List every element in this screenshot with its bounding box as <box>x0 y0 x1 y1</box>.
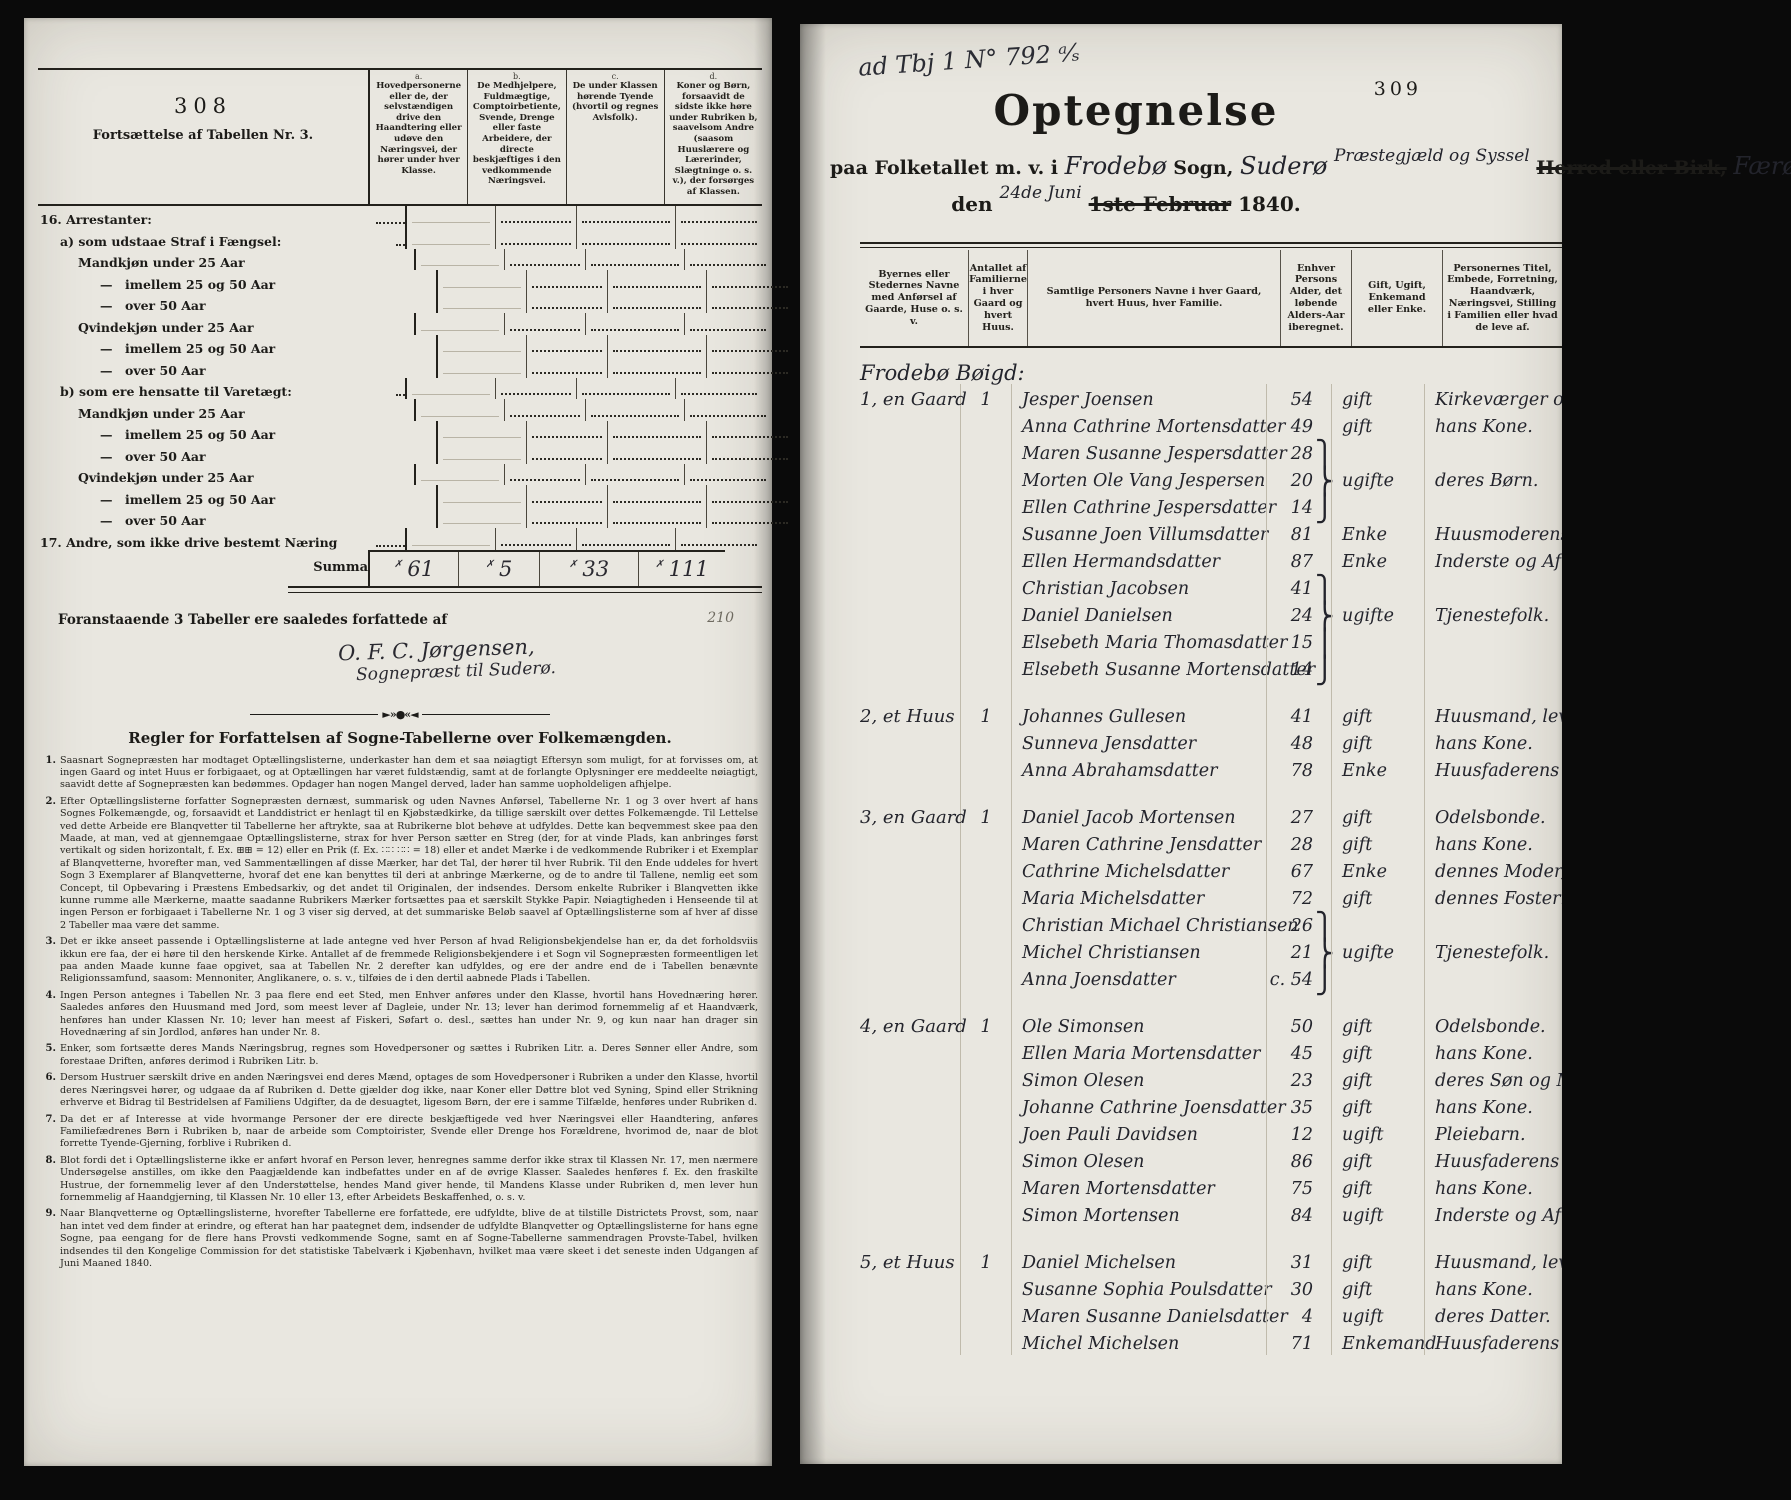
brace-glyph: ⎫ <box>1315 438 1331 465</box>
cell-family-count <box>960 782 1011 802</box>
cell-age: 75 <box>1266 1173 1315 1200</box>
cell-age: 35 <box>1266 1092 1315 1119</box>
cell-b <box>495 528 576 550</box>
cell-family-count <box>960 1274 1011 1301</box>
cell-age: 20 <box>1266 465 1315 492</box>
cell-person-name: Ellen Cathrine Jespersdatter <box>1011 492 1266 519</box>
table-row: Qvindekjøn under 25 Aar <box>38 313 762 335</box>
census-row: Susanne Sophia Poulsdatter 30 gift hans … <box>860 1274 1562 1301</box>
cell-c <box>607 507 706 529</box>
rule-text: Enker, som fortsætte deres Mands Nærings… <box>60 1043 758 1068</box>
cell-age <box>1266 681 1315 701</box>
cell-person-name: Maren Susanne Danielsdatter <box>1011 1301 1266 1328</box>
cell-c <box>607 421 706 443</box>
table-row: b) som ere hensatte til Varetægt: <box>38 378 762 400</box>
cell-occupation: hans Kone. <box>1424 728 1562 755</box>
rules-heading: Regler for Forfattelsen af Sogne-Tabelle… <box>38 729 762 747</box>
cell-d <box>706 292 793 314</box>
cell-occupation: hans Kone. <box>1424 1173 1562 1200</box>
left-col-letter-c: c. <box>570 72 661 81</box>
cell-marital-status: Enke <box>1331 546 1424 573</box>
cell-family-count <box>960 1146 1011 1173</box>
cell-a <box>407 378 495 400</box>
attestation-text: Foranstaaende 3 Tabeller ere saaledes fo… <box>38 612 762 628</box>
cell-age: 30 <box>1266 1274 1315 1301</box>
cell-person-name: Maren Cathrine Jensdatter <box>1011 829 1266 856</box>
left-table-rows: 16. Arrestanter: a) som udstaae Stra <box>38 204 762 550</box>
table-top-double-rule <box>860 242 1562 248</box>
cell-marital-status: gift <box>1331 883 1424 910</box>
cell-marital-status: ugift <box>1331 1301 1424 1328</box>
cell-d <box>706 335 793 357</box>
cell-family-count <box>960 964 1011 991</box>
left-col-header-d: d. Koner og Børn, forsaavidt de sidste i… <box>664 70 762 204</box>
cell-a <box>416 249 504 271</box>
census-row <box>860 991 1562 1011</box>
cell-occupation: deres Børn. <box>1424 465 1562 492</box>
table-row: — over 50 Aar <box>38 442 762 464</box>
row-label: — imellem 25 og 50 Aar <box>38 492 430 507</box>
table-row: Mandkjøn under 25 Aar <box>38 249 762 271</box>
cell-family-count: 1 <box>960 1011 1011 1038</box>
left-col-text-d: Koner og Børn, forsaavidt de sidste ikke… <box>668 81 759 198</box>
cell-person-name: Michel Christiansen <box>1011 937 1266 964</box>
row-cells <box>414 399 771 421</box>
cell-age <box>1266 991 1315 1011</box>
cell-age: 15 <box>1266 627 1315 654</box>
cell-age <box>1266 782 1315 802</box>
cell-place <box>860 964 960 991</box>
census-row: Maren Susanne Danielsdatter 4 ugift dere… <box>860 1301 1562 1328</box>
cell-a <box>407 528 495 550</box>
brace-glyph: ⎭ <box>1315 964 1331 991</box>
brace-glyph <box>1315 755 1331 782</box>
rule-item: 1. Saasnart Sognepræsten har modtaget Op… <box>38 755 758 792</box>
cell-family-count <box>960 1092 1011 1119</box>
cell-occupation: Odelsbonde. <box>1424 1011 1562 1038</box>
census-row: Anna Cathrine Mortensdatter 49 gift hans… <box>860 411 1562 438</box>
rule-text: Saasnart Sognepræsten har modtaget Optæl… <box>60 755 758 792</box>
brace-glyph <box>1315 829 1331 856</box>
row-cells <box>436 485 793 507</box>
left-col-header-a: a. Hovedpersonerne eller de, der selvstæ… <box>370 70 467 204</box>
cell-place <box>860 411 960 438</box>
rule-number: 3. <box>38 936 60 986</box>
cell-age: 14 <box>1266 492 1315 519</box>
census-row: Sunneva Jensdatter 48 gift hans Kone. <box>860 728 1562 755</box>
brace-glyph <box>1315 1092 1331 1119</box>
row-cells <box>436 356 793 378</box>
cell-person-name: Simon Mortensen <box>1011 1200 1266 1227</box>
cell-marital-status: gift <box>1331 1247 1424 1274</box>
rule-number: 7. <box>38 1114 60 1151</box>
cell-place <box>860 438 960 465</box>
cell-occupation: Inderste og Aftægtsmand. <box>1424 1200 1562 1227</box>
cell-marital-status: gift <box>1331 1011 1424 1038</box>
brace-glyph <box>1315 1247 1331 1274</box>
struck-date: 1ste Februar <box>1089 192 1232 216</box>
cell-marital-status <box>1331 910 1424 937</box>
cell-person-name: Daniel Danielsen <box>1011 600 1266 627</box>
dotted-leader <box>376 545 405 547</box>
cell-person-name <box>1011 991 1266 1011</box>
cell-family-count <box>960 1065 1011 1092</box>
date-year: 1840. <box>1238 192 1301 216</box>
cell-family-count: 1 <box>960 1247 1011 1274</box>
rule-number: 4. <box>38 990 60 1040</box>
cell-place: Frodebø Bøigd: <box>860 348 960 384</box>
cell-c <box>585 249 684 271</box>
cell-b <box>495 227 576 249</box>
cell-marital-status: ugifte <box>1331 465 1424 492</box>
row-label: Mandkjøn under 25 Aar <box>38 255 408 270</box>
cell-family-count <box>960 627 1011 654</box>
cell-family-count <box>960 411 1011 438</box>
cell-family-count <box>960 1173 1011 1200</box>
cell-person-name: Elsebeth Maria Thomasdatter <box>1011 627 1266 654</box>
cell-d <box>706 270 793 292</box>
brace-glyph <box>1315 1200 1331 1227</box>
census-row: Simon Olesen 86 gift Huusfaderens Fader,… <box>860 1146 1562 1173</box>
cell-place <box>860 1092 960 1119</box>
amt-name-handwritten: Færø <box>1733 152 1791 180</box>
cell-family-count: 1 <box>960 384 1011 411</box>
rule-number: 8. <box>38 1155 60 1205</box>
cell-occupation: Huusfaderens Fader, Aftægtsmand. <box>1424 1328 1562 1355</box>
document-title: Optegnelse <box>800 86 1472 135</box>
rule-number: 5. <box>38 1043 60 1068</box>
cell-age: 54 <box>1266 384 1315 411</box>
cell-person-name <box>1011 782 1266 802</box>
cell-family-count <box>960 1227 1011 1247</box>
cell-marital-status: gift <box>1331 701 1424 728</box>
cell-marital-status: gift <box>1331 384 1424 411</box>
rule-item: 6. Dersom Hustruer særskilt drive en and… <box>38 1072 758 1109</box>
cell-marital-status: ugifte <box>1331 600 1424 627</box>
cell-c <box>576 206 675 228</box>
cell-occupation: hans Kone. <box>1424 1274 1562 1301</box>
rule-text: Dersom Hustruer særskilt drive en anden … <box>60 1072 758 1109</box>
row-label: — over 50 Aar <box>38 298 430 313</box>
census-row: Ellen Hermandsdatter 87 Enke Inderste og… <box>860 546 1562 573</box>
cell-marital-status: gift <box>1331 802 1424 829</box>
cell-d <box>706 421 793 443</box>
cell-family-count <box>960 1038 1011 1065</box>
cell-occupation: hans Kone. <box>1424 411 1562 438</box>
cell-family-count <box>960 883 1011 910</box>
cell-person-name: Ellen Hermandsdatter <box>1011 546 1266 573</box>
rule-number: 2. <box>38 796 60 932</box>
cell-person-name: Christian Michael Christiansen <box>1011 910 1266 937</box>
check-mark-icon: ✗ <box>655 559 663 570</box>
table-row: a) som udstaae Straf i Fængsel: <box>38 227 762 249</box>
cell-occupation: hans Kone. <box>1424 1038 1562 1065</box>
dotted-leader <box>376 222 405 224</box>
brace-glyph <box>1315 1227 1331 1247</box>
cell-d <box>684 313 771 335</box>
cell-family-count <box>960 654 1011 681</box>
row-label: — over 50 Aar <box>38 363 430 378</box>
census-row: Michel Michelsen 71 Enkemand Huusfaderen… <box>860 1328 1562 1355</box>
divider-line-left <box>250 714 378 715</box>
brace-glyph <box>1315 728 1331 755</box>
cell-occupation: hans Kone. <box>1424 1092 1562 1119</box>
cell-place: 3, en Gaard <box>860 802 960 829</box>
left-col-text-c: De under Klassen hørende Tyende (hvortil… <box>570 81 661 123</box>
table-row: — imellem 25 og 50 Aar <box>38 335 762 357</box>
summa-value-b: ✗5 <box>458 552 539 586</box>
brace-glyph: ⎫ <box>1315 573 1331 600</box>
cell-place <box>860 829 960 856</box>
cell-marital-status <box>1331 654 1424 681</box>
census-row: Ellen Cathrine Jespersdatter 14 ⎭ <box>860 492 1562 519</box>
cell-age: 41 <box>1266 701 1315 728</box>
left-page: 308 Fortsættelse af Tabellen Nr. 3. a. H… <box>24 18 772 1466</box>
row-cells <box>405 528 762 550</box>
cell-marital-status <box>1328 348 1420 384</box>
cell-a <box>438 292 526 314</box>
census-row: Susanne Joen Villumsdatter 81 Enke Huusm… <box>860 519 1562 546</box>
cell-place <box>860 546 960 573</box>
brace-glyph <box>1315 1038 1331 1065</box>
table-row: — over 50 Aar <box>38 507 762 529</box>
cell-age: 45 <box>1266 1038 1315 1065</box>
brace-glyph: ⎭ <box>1315 492 1331 519</box>
brace-glyph <box>1315 519 1331 546</box>
cell-place <box>860 856 960 883</box>
rule-item: 4. Ingen Person antegnes i Tabellen Nr. … <box>38 990 758 1040</box>
census-row: Simon Mortensen 84 ugift Inderste og Aft… <box>860 1200 1562 1227</box>
cell-person-name: Elsebeth Susanne Mortensdatter <box>1011 654 1266 681</box>
cell-occupation <box>1424 782 1562 802</box>
cell-occupation: Pleiebarn. <box>1424 1119 1562 1146</box>
cell-occupation: Huusmand, lever af sin Jordlod. <box>1424 701 1562 728</box>
left-col-text-b: De Medhjelpere, Fuldmægtige, Comptoirbet… <box>471 81 562 187</box>
cell-family-count <box>960 1301 1011 1328</box>
row-label: 16. Arrestanter: <box>38 212 370 227</box>
cell-age: 12 <box>1266 1119 1315 1146</box>
left-col-text-a: Hovedpersonerne eller de, der selvstændi… <box>373 81 464 176</box>
dateline: den 24de Juni 1ste Februar 1840. <box>800 192 1452 216</box>
rule-text: Det er ikke anseet passende i Optællings… <box>60 936 758 986</box>
cell-occupation: Huusmand, lever af sin Jordlod. <box>1424 1247 1562 1274</box>
brace-glyph <box>1315 1173 1331 1200</box>
summa-a: 61 <box>407 557 434 581</box>
census-row: 4, en Gaard 1 Ole Simonsen 50 gift Odels… <box>860 1011 1562 1038</box>
cell-person-name: Johanne Cathrine Joensdatter <box>1011 1092 1266 1119</box>
cell-occupation: Tjenestefolk. <box>1424 937 1562 964</box>
cell-family-count <box>960 755 1011 782</box>
cell-place <box>860 883 960 910</box>
cell-age: 50 <box>1266 1011 1315 1038</box>
cell-family-count <box>960 1119 1011 1146</box>
cell-marital-status <box>1331 438 1424 465</box>
cell-age: 41 <box>1266 573 1315 600</box>
cell-place <box>860 728 960 755</box>
left-col-header-b: b. De Medhjelpere, Fuldmægtige, Comptoir… <box>467 70 565 204</box>
cell-person-name: Susanne Sophia Poulsdatter <box>1011 1274 1266 1301</box>
cell-occupation <box>1420 348 1562 384</box>
cell-person-name: Joen Pauli Davidsen <box>1011 1119 1266 1146</box>
cell-place <box>860 782 960 802</box>
cell-c <box>576 378 675 400</box>
row-cells <box>405 206 762 228</box>
census-row: Cathrine Michelsdatter 67 Enke dennes Mo… <box>860 856 1562 883</box>
cell-person-name: Morten Ole Vang Jespersen <box>1011 465 1266 492</box>
cell-marital-status: Enke <box>1331 755 1424 782</box>
brace-glyph: ⎬ <box>1315 600 1331 627</box>
cell-marital-status: gift <box>1331 829 1424 856</box>
cell-a <box>416 399 504 421</box>
cell-b <box>526 335 607 357</box>
cell-person-name: Sunneva Jensdatter <box>1011 728 1266 755</box>
document-subtitle: paa Folketallet m. v. i Frodebø Sogn, Su… <box>830 152 1562 180</box>
cell-marital-status: gift <box>1331 1173 1424 1200</box>
row-cells <box>414 464 771 486</box>
journal-annotation: ad Tbj 1 N° 792 ᵃ⁄ₛ <box>857 38 1080 81</box>
row-cells <box>436 335 793 357</box>
divider-arrows-icon: ►»●«◄ <box>378 708 421 721</box>
left-col-letter-d: d. <box>668 72 759 81</box>
cell-a <box>438 421 526 443</box>
cell-place <box>860 519 960 546</box>
brace-glyph <box>1315 856 1331 883</box>
census-row <box>860 1227 1562 1247</box>
row-label: — imellem 25 og 50 Aar <box>38 427 430 442</box>
row-label: 17. Andre, som ikke drive bestemt Næring <box>38 535 370 550</box>
cell-occupation <box>1424 492 1562 519</box>
check-mark-icon: ✗ <box>486 559 494 570</box>
cell-place <box>860 991 960 1011</box>
cell-family-count <box>960 438 1011 465</box>
cell-age <box>1264 348 1312 384</box>
dotted-leader <box>396 244 405 246</box>
cell-place <box>860 1301 960 1328</box>
rule-text: Blot fordi det i Optællingslisterne ikke… <box>60 1155 758 1205</box>
cell-a <box>438 507 526 529</box>
cell-marital-status: gift <box>1331 1038 1424 1065</box>
row-label: — over 50 Aar <box>38 513 430 528</box>
row-cells <box>436 421 793 443</box>
struck-herred-birk: Herred eller Birk, <box>1536 157 1726 179</box>
cell-d <box>706 442 793 464</box>
cell-marital-status <box>1331 681 1424 701</box>
row-cells <box>405 378 762 400</box>
cell-marital-status <box>1331 991 1424 1011</box>
cell-person-name: Maria Michelsdatter <box>1011 883 1266 910</box>
cell-place <box>860 1119 960 1146</box>
cell-place <box>860 1274 960 1301</box>
cell-c <box>607 270 706 292</box>
cell-occupation <box>1424 438 1562 465</box>
cell-b <box>504 399 585 421</box>
summa-cells: ✗61 ✗5 ✗33 ✗111 <box>368 550 725 586</box>
cell-place <box>860 492 960 519</box>
rule-text: Efter Optællingslisterne forfatter Sogne… <box>60 796 758 932</box>
cell-b <box>495 206 576 228</box>
row-cells <box>414 249 771 271</box>
subtitle-pre: paa Folketallet m. v. i <box>830 157 1058 179</box>
rule-text: Da det er af Interesse at vide hvormange… <box>60 1114 758 1151</box>
census-row <box>860 681 1562 701</box>
cell-age: 27 <box>1266 802 1315 829</box>
cell-b <box>526 507 607 529</box>
left-page-content: 308 Fortsættelse af Tabellen Nr. 3. a. H… <box>38 68 762 1270</box>
table-bottom-rule <box>288 586 762 593</box>
cell-family-count <box>960 910 1011 937</box>
cell-place <box>860 755 960 782</box>
cell-person-name: Christian Jacobsen <box>1011 573 1266 600</box>
cell-c <box>585 464 684 486</box>
cell-family-count: 1 <box>960 802 1011 829</box>
census-header: Byernes eller Stedernes Navne med Anførs… <box>860 250 1562 346</box>
cell-age: 28 <box>1266 438 1315 465</box>
brace-glyph <box>1315 1119 1331 1146</box>
cell-family-count <box>960 465 1011 492</box>
cell-marital-status: gift <box>1331 411 1424 438</box>
header-families: Antallet af Familierne i hver Gaard og h… <box>968 250 1027 346</box>
cell-b <box>495 378 576 400</box>
cell-family-count <box>960 829 1011 856</box>
cell-marital-status <box>1331 627 1424 654</box>
cell-person-name: Daniel Michelsen <box>1011 1247 1266 1274</box>
rule-item: 5. Enker, som fortsætte deres Mands Næri… <box>38 1043 758 1068</box>
right-page: ad Tbj 1 N° 792 ᵃ⁄ₛ 309 Optegnelse paa F… <box>800 24 1562 1464</box>
cell-occupation: Huusmoderens Moder, Aftægtskone. <box>1424 519 1562 546</box>
cell-place <box>860 1328 960 1355</box>
cell-b <box>526 270 607 292</box>
brace-glyph <box>1315 1274 1331 1301</box>
summa-d: 111 <box>669 557 709 581</box>
cell-place: 5, et Huus <box>860 1247 960 1274</box>
cell-a <box>416 464 504 486</box>
census-row: Elsebeth Susanne Mortensdatter 14 ⎭ <box>860 654 1562 681</box>
cell-c <box>576 528 675 550</box>
census-row: Maren Cathrine Jensdatter 28 gift hans K… <box>860 829 1562 856</box>
cell-marital-status: Enke <box>1331 856 1424 883</box>
row-cells <box>405 227 762 249</box>
row-cells <box>436 442 793 464</box>
cell-marital-status: gift <box>1331 728 1424 755</box>
cell-place <box>860 573 960 600</box>
cell-a <box>416 313 504 335</box>
cell-c <box>576 227 675 249</box>
marginal-number: 210 <box>707 610 734 626</box>
census-row: 2, et Huus 1 Johannes Gullesen 41 gift H… <box>860 701 1562 728</box>
summa-row: Summa ✗61 ✗5 ✗33 ✗111 <box>38 550 762 586</box>
cell-occupation <box>1424 991 1562 1011</box>
cell-marital-status <box>1331 964 1424 991</box>
brace-glyph <box>1315 802 1331 829</box>
cell-place: 1, en Gaard <box>860 384 960 411</box>
table-row: 16. Arrestanter: <box>38 206 762 228</box>
cell-age: 78 <box>1266 755 1315 782</box>
cell-occupation: deres Datter. <box>1424 1301 1562 1328</box>
cell-place <box>860 1227 960 1247</box>
brace-glyph <box>1312 348 1328 384</box>
cell-place <box>860 910 960 937</box>
cell-a <box>438 356 526 378</box>
cell-family-count: 1 <box>960 701 1011 728</box>
brace-glyph <box>1315 1011 1331 1038</box>
census-rows: Frodebø Bøigd: 1, en Gaard 1 Jesper Joen… <box>860 348 1562 1355</box>
table-row: — imellem 25 og 50 Aar <box>38 421 762 443</box>
cell-person-name: Johannes Gullesen <box>1011 701 1266 728</box>
cell-d <box>675 378 762 400</box>
cell-marital-status: Enke <box>1331 519 1424 546</box>
brace-glyph <box>1315 1328 1331 1355</box>
cell-marital-status: ugift <box>1331 1119 1424 1146</box>
